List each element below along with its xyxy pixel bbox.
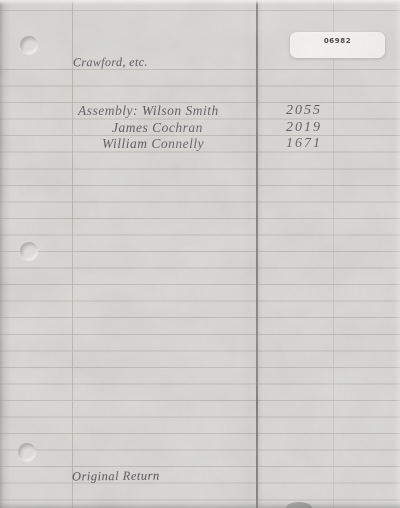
- entry-value: 2019: [286, 119, 336, 136]
- punch-hole-middle: [20, 242, 38, 260]
- entry-name: William Connelly: [102, 135, 204, 152]
- catalog-sticker: 06982: [290, 32, 385, 58]
- bottom-edge-mark: [286, 502, 312, 508]
- notebook-page: 06982 Crawford, etc. Assembly: Wilson Sm…: [0, 0, 400, 508]
- right-column-line: [333, 0, 334, 508]
- list-row: James Cochran 2019: [0, 119, 400, 136]
- catalog-number: 06982: [324, 37, 351, 45]
- left-margin-line: [72, 0, 73, 508]
- punch-hole-bottom: [18, 443, 36, 461]
- punch-hole-top: [20, 36, 38, 54]
- entry-name: Wilson Smith: [142, 103, 219, 118]
- page-title: Crawford, etc.: [73, 55, 148, 71]
- footer-note: Original Return: [72, 469, 160, 485]
- list-heading: Assembly:: [78, 103, 138, 118]
- entry-value: 2055: [286, 102, 336, 119]
- list-row: William Connelly 1671: [0, 135, 400, 152]
- entry-value: 1671: [286, 135, 336, 152]
- list-row: Assembly: Wilson Smith 2055: [0, 102, 400, 119]
- column-divider-line: [256, 0, 258, 508]
- top-rule-line: [0, 10, 400, 11]
- entry-name: James Cochran: [112, 119, 203, 136]
